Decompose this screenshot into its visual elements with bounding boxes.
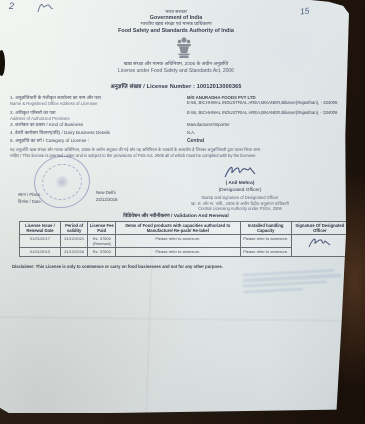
fssai-hindi: भारतीय खाद्य संरक्षा एवं मानक प्राधिकरण <box>4 22 348 28</box>
detail-label-licensee: 1. अनुज्ञप्तिधारी के पंजीकृत कार्यालय का… <box>10 95 180 106</box>
designated-officer-signature <box>222 164 258 180</box>
place-label: स्थान / Place : <box>18 192 88 197</box>
cell-capacity: Please refer to annexure. <box>240 248 291 256</box>
col-signature: Signature Of Designated Officer <box>291 222 348 235</box>
cell-validity: 31/12/2016 <box>60 248 88 256</box>
disclaimer-text: Disclaimer: This License is only to comm… <box>12 264 342 269</box>
document-photo: 2 15 भारत सरकार Government of India भारत… <box>0 0 365 424</box>
provision-line-1: यह अनुज्ञप्ति खाद्य संरक्षा और मानक अधिन… <box>10 147 355 152</box>
col-fee: License Fee Paid <box>88 222 116 235</box>
paper-crease <box>0 316 352 322</box>
fssai-title: Food Safety and Standards Authority of I… <box>4 28 348 35</box>
renewal-row-2013: 01/01/2013 31/12/2016 Rs. 37500 Please r… <box>20 248 349 256</box>
handwritten-squiggle <box>36 2 56 14</box>
govt-of-india: Government of India <box>4 15 348 22</box>
cell-items: Please refer to annexure. <box>116 248 241 256</box>
license-number-line: अनुज्ञप्ति संख्या / License Number : 100… <box>4 84 348 91</box>
detail-value-dairy: N.A. <box>187 130 352 135</box>
date-value: 23/12/2016 <box>96 197 156 202</box>
officer-title: (Designated Officer) <box>160 188 320 194</box>
col-capacity: Installed handling Capacity <box>240 222 291 235</box>
authority-english: Central Licensing Authority under FSSA, … <box>150 206 330 211</box>
detail-value-licensee: M/S ANURADHA FOODS PVT LTD E-56, BICHHWA… <box>187 95 352 106</box>
renewal-row-2017: 01/01/2017 31/12/2021 Rs. 37500 (Renewal… <box>20 235 349 248</box>
license-document: 2 15 भारत सरकार Government of India भारत… <box>0 0 365 424</box>
officer-name: ( Anil Mehra) <box>160 181 320 187</box>
detail-label-premises: 2. अधिकृत परिसरों का पता Address of Auth… <box>10 110 180 121</box>
govt-of-india-hindi: भारत सरकार <box>4 9 348 15</box>
cell-capacity: Please refer to annexure. <box>240 235 291 248</box>
detail-label-kind: 3. कारोबार का प्रकार / Kind of Business <box>10 122 180 128</box>
paper-crease <box>145 250 153 420</box>
cell-items: Please refer to annexure. <box>116 235 241 248</box>
detail-value-kind: Manufacturer/Importer <box>187 122 352 127</box>
cell-issue-date: 01/01/2013 <box>20 248 61 256</box>
authority-hindi: खा. सं. और मा. अधि., 2006 के अधीन केंद्र… <box>150 201 330 206</box>
table-signature <box>307 236 333 250</box>
round-stamp-icon <box>29 151 95 214</box>
detail-value-category: Central <box>187 138 352 144</box>
stamp-caption: Stamp and signature of Designated Office… <box>150 195 330 200</box>
cell-fee: Rs. 37500 (Renewal) <box>88 235 116 248</box>
cell-signature <box>291 235 348 257</box>
renewal-section-heading: विडियेशन और नवीनीकरण / Validation And Re… <box>4 214 348 220</box>
faint-stamp-icon <box>242 265 344 304</box>
renewal-table-header-row: License Issue / Renewal Date Period of v… <box>20 222 349 235</box>
cell-issue-date: 01/01/2017 <box>20 235 61 248</box>
handwritten-page-number: 15 <box>299 5 310 17</box>
license-number-value: 10012013000365 <box>197 84 242 90</box>
ashoka-emblem-icon <box>168 36 200 60</box>
date-label: दिनांक / Date : <box>18 199 88 204</box>
col-items: Items of Food products with capacities a… <box>116 222 241 235</box>
act-line: License under Food Safety and Standards … <box>4 68 348 74</box>
detail-label-category: 5. अनुज्ञप्ति का वर्ग / Category of Lice… <box>10 138 180 144</box>
cell-validity: 31/12/2021 <box>60 235 88 248</box>
detail-value-premises: E-56, BICHHWAL INDUSTRIAL AREA,BIKANER,B… <box>187 110 352 115</box>
license-number-label: अनुज्ञप्ति संख्या / License Number : <box>110 84 195 90</box>
act-line-hindi: खाद्य संरक्षा और मानक अधिनियम, 2006 के अ… <box>4 62 348 68</box>
col-issue-date: License Issue / Renewal Date <box>20 222 61 235</box>
col-validity: Period of validity <box>60 222 88 235</box>
detail-label-dairy: 4. डेयरी कारोबार विवरण(यदि) / Dairy Busi… <box>10 130 180 136</box>
renewal-table: License Issue / Renewal Date Period of v… <box>19 221 349 257</box>
handwritten-mark: 2 <box>9 1 14 12</box>
place-value: New Delhi <box>96 190 156 195</box>
provision-line-2: चाहिए / This license is granted under an… <box>10 153 355 158</box>
cell-fee: Rs. 37500 <box>88 248 116 256</box>
